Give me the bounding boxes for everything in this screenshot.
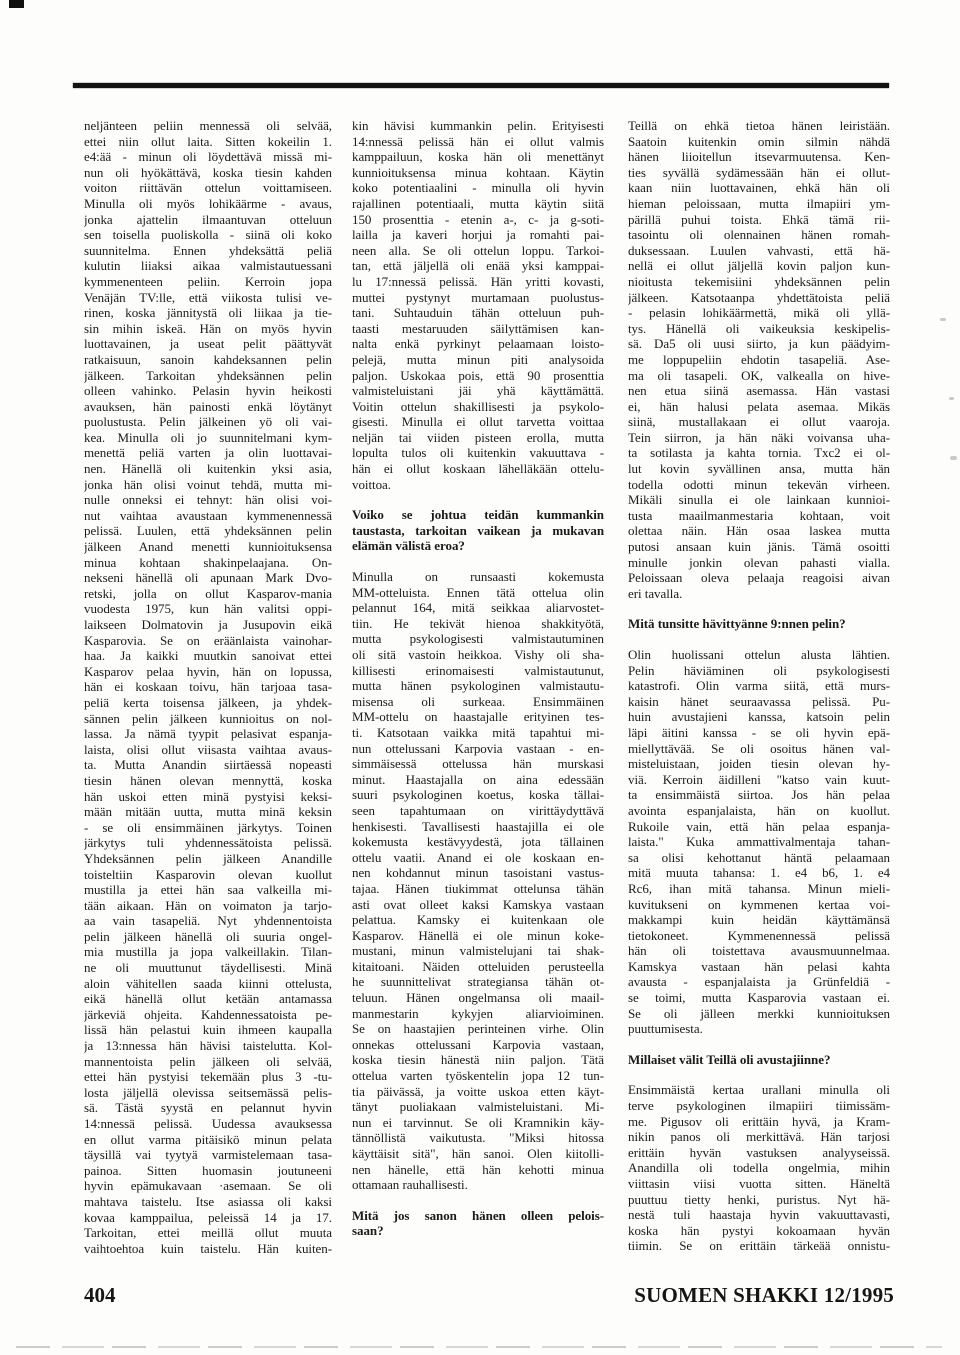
text-line: hän ei ollut koskaan lähelläkään ottelu- — [352, 461, 604, 477]
question-heading: Millaiset välit Teillä oli avustajiinne? — [628, 1052, 890, 1068]
text-line: menettä peliä varten ja olin luottavai- — [84, 445, 332, 461]
text-line: koska tiesin hänestä niin paljon. Tätä — [352, 1052, 604, 1068]
text-line: jälkeen. Katsotaanpa yhdettätoista peliä — [628, 290, 890, 306]
text-line: hyvin epämukavaan ·asemaan. Se oli — [84, 1178, 332, 1194]
text-line: pelattua. Kamsky ei kuitenkaan ole — [352, 912, 604, 928]
text-line: makkampi kuin heidän käyttämänsä — [628, 912, 890, 928]
text-line: muttei pystynyt murtamaan puolustus- — [352, 290, 604, 306]
text-line: he suunnittelivat strategiansa tähän ot- — [352, 974, 604, 990]
text-line: Tein siirron, ja hän näki voivansa uha- — [628, 430, 890, 446]
text-line: avointa espanjalaista, hän on kuollut. — [628, 803, 890, 819]
question-heading: Voiko se johtua teidän kummankintaustast… — [352, 507, 604, 554]
text-line: lu 17:nnessä pelissä. Hän yritti kovasti… — [352, 274, 604, 290]
text-line: kunnioituksensa minua kohtaan. Käytin — [352, 165, 604, 181]
text-line: - se oli ensimmäinen järkytys. Toinen — [84, 820, 332, 836]
text-line: Kasparov. Hänellä ei ole minun koke- — [352, 928, 604, 944]
text-line: Millaiset välit Teillä oli avustajiinne? — [628, 1052, 890, 1068]
text-line: hän uskoi etten minä pystyisi keksi- — [84, 789, 332, 805]
text-line: viä. Kerroin äidilleni "katso vain kuut- — [628, 772, 890, 788]
text-line: lailla ja kaveri horjui ja romahti pai- — [352, 227, 604, 243]
text-line: MM-otteluista. Ennen tätä ottelua olin — [352, 585, 604, 601]
text-line: peliä kerta toisensa jälkeen, ja yhdek- — [84, 695, 332, 711]
page-footer: 404 SUOMEN SHAKKI 12/1995 — [84, 1283, 894, 1309]
text-line: laista, olisi ollut viisasta vaihtaa ava… — [84, 742, 332, 758]
text-line: koko potentiaalini - minulla oli hyvin — [352, 180, 604, 196]
text-line: ettei hän pystyisi tekemään plus 3 -tu- — [84, 1069, 332, 1085]
text-line: mahtava taistelu. Itse asiassa oli kaksi — [84, 1194, 332, 1210]
text-line: elämän välistä eroa? — [352, 538, 604, 554]
text-line: tiimin. Se on erittäin tärkeää onnistu- — [628, 1238, 890, 1254]
text-line: kin hävisi kummankin pelin. Erityisesti — [352, 118, 604, 134]
text-line: Kamskya vastaan hän pelasi kahta — [628, 959, 890, 975]
text-line: mutta hänen psykologinen valmistautu- — [352, 678, 604, 694]
text-line: sin mihin iskeä. Hän on myös hyvin — [84, 321, 332, 337]
text-line: hänen liioitellun itsevarmuutensa. Ken- — [628, 149, 890, 165]
text-line: neljän tai viiden pisteen erolla, mutta — [352, 430, 604, 446]
text-line: tajaa. Hänen tiukimmat ottelunsa tähän — [352, 881, 604, 897]
text-line: puuttuu tietty henki, puristus. Nyt hä- — [628, 1192, 890, 1208]
text-line: putosi ansaan kuin jänis. Tämä osoitti — [628, 539, 890, 555]
text-line: nut vaihtaa avaustaan kymmenennessä — [84, 508, 332, 524]
text-line: minut. Haastajalla on aina edessään — [352, 772, 604, 788]
text-line: taustasta, tarkoitan vaikean ja mukavan — [352, 523, 604, 539]
text-line: ta sotilasta ja kahta tornia. Txc2 ei ol… — [628, 445, 890, 461]
text-line: aloin vähitellen saada kiinni ottelusta, — [84, 976, 332, 992]
text-line: kulutin liiaksi aikaa valmistautuessani — [84, 258, 332, 274]
text-line: Voiko se johtua teidän kummankin — [352, 507, 604, 523]
text-line: ratkaisuun, sanoin kahdeksannen pelin — [84, 352, 332, 368]
text-line: Rukoile vain, että hän pelaa espanja- — [628, 819, 890, 835]
text-line: läpi äitini kanssa - se oli hyvin epä- — [628, 725, 890, 741]
text-line: minua kohtaan shakinpelaajana. On- — [84, 555, 332, 571]
text-line: ne oli muuttunut täydellisesti. Minä — [84, 960, 332, 976]
text-line: asti ovat olleet kaksi Kamskya vastaan — [352, 897, 604, 913]
text-line: tusta maailmanmestaria kohtaan, voit — [628, 508, 890, 524]
text-line: kuvitukseni on kymmenen kertaa voi- — [628, 897, 890, 913]
text-line: kaan niin luottavainen, ehkä hän oli — [628, 180, 890, 196]
text-line: seen tapahtumaan on virittäydyttävä — [352, 803, 604, 819]
text-line: lut kovin syvällinen ansa, mutta hän — [628, 461, 890, 477]
text-line: simmäisessä ottelussa hän murskasi — [352, 756, 604, 772]
text-line: taasti mestaruuden säilyttämisen kan- — [352, 321, 604, 337]
text-line: onnekas ottelussani Karpovia vastaan, — [352, 1037, 604, 1053]
text-line: tiin. He tekivät hienoa shakkityötä, — [352, 616, 604, 632]
text-line: pelin jälkeen hänellä oli suuria ongel- — [84, 929, 332, 945]
text-line: nen. Hänellä oli kuitenkin yksi asia, — [84, 461, 332, 477]
text-line: jonka hän olisi voinut tehdä, mutta mi- — [84, 477, 332, 493]
text-line: misteluistaan, joiden tiesin olevan hy- — [628, 756, 890, 772]
text-line: Anandilla oli todella ongelmia, mihin — [628, 1160, 890, 1176]
magazine-title: SUOMEN SHAKKI 12/1995 — [634, 1283, 894, 1308]
scan-corner-mark — [9, 0, 24, 8]
text-line: nioitusta tekemisiini yhdeksännen pelin — [628, 274, 890, 290]
text-line: pelannut 164, mitä seikkaa aliarvostet- — [352, 600, 604, 616]
text-line: laista." Kuka ammattivalmentaja tahan- — [628, 834, 890, 850]
text-line: teluun. Hänen ongelmansa oli maail- — [352, 990, 604, 1006]
text-line: tään aikaan. Hän on voimaton ja tarjo- — [84, 898, 332, 914]
text-line: MM-ottelu on haastajalle erityinen tes- — [352, 709, 604, 725]
text-line: suunnitelma. Ennen yhdeksättä peliä — [84, 243, 332, 259]
text-line: kamppailuun, koska hän oli menettänyt — [352, 149, 604, 165]
text-line: mia mustilla ja jopa valkeillakin. Tilan… — [84, 944, 332, 960]
scan-edge-line — [16, 1346, 942, 1348]
text-line: Kasparovia. Se on eräänlaista vainohar- — [84, 633, 332, 649]
text-line: ma oli tasapeli. OK, valkealla on hive- — [628, 368, 890, 384]
text-line: pelissä. Luulen, että yhdeksännen pelin — [84, 523, 332, 539]
text-line: tys. Hänellä oli vaikeuksia keskipelis- — [628, 321, 890, 337]
text-line: viittasin viisi vuotta sitten. Häneltä — [628, 1176, 890, 1192]
text-line: nestä tuli haastaja hyvin vakuuttavasti, — [628, 1207, 890, 1223]
text-line: sa olisi kehottanut häntä pelaamaan — [628, 850, 890, 866]
text-line: sen toisella puoliskolla - siinä oli kok… — [84, 227, 332, 243]
scan-speck — [950, 456, 957, 460]
text-line: täysillä vai tyytyä varmistelemaan tasa- — [84, 1147, 332, 1163]
text-line: huin avustajieni kanssa, katsoin pelin — [628, 709, 890, 725]
text-line: mustani, minun valmistelujani tai shak- — [352, 943, 604, 959]
text-line: järkytys tuli yhdennessätoista pelissä. — [84, 835, 332, 851]
text-line: voittoa. — [352, 477, 604, 493]
text-line: luottavainen, ja useat pelit päättyvät — [84, 336, 332, 352]
text-line: nun ottelussani Karpovia vastaan - en- — [352, 741, 604, 757]
text-line: tietokoneet. Kymmenennessä pelissä — [628, 928, 890, 944]
paragraph: Ensimmäistä kertaa urallani minulla olit… — [628, 1082, 890, 1254]
text-line: tan, että jäljellä oli enää yksi kamppai… — [352, 258, 604, 274]
paragraph: Olin huolissani ottelun alusta lähtien.P… — [628, 647, 890, 1037]
text-line: nen kohdannut minun tasoistani vastus- — [352, 865, 604, 881]
text-line: 14:nnessä pelissä hän ei ollut valmis — [352, 134, 604, 150]
text-line: kymmenenteen peliin. Kerroin jopa — [84, 274, 332, 290]
text-line: 150 prosenttia - etenin a-, c- ja g-soti… — [352, 212, 604, 228]
text-line: ottelua varten työskentelin jopa 12 tun- — [352, 1068, 604, 1084]
text-line: sä. Da5 oli uusi siirto, ja kun päädyim- — [628, 336, 890, 352]
text-line: tännöllistä vaikutusta. "Miksi hitossa — [352, 1130, 604, 1146]
text-line: kaisin hänet seuraavassa pelissä. Pu- — [628, 694, 890, 710]
text-line: duksessaan. Luulen vahvasti, että hä- — [628, 243, 890, 259]
header-rule — [73, 83, 889, 88]
text-line: nikin panos oli merkittävä. Hän tarjosi — [628, 1129, 890, 1145]
text-line: tia päivässä, ja voitte uskoa etten käyt… — [352, 1084, 604, 1100]
text-line: miellyttävää. Se oli osoitus hänen val- — [628, 741, 890, 757]
text-line: pelejä, mutta minun piti analysoida — [352, 352, 604, 368]
text-line: nekseni hänellä oli apunaan Mark Dvo- — [84, 570, 332, 586]
scan-speck — [940, 318, 946, 321]
paragraph: neljänteen peliin mennessä oli selvää,et… — [84, 118, 332, 1256]
text-line: Pelin häviäminen oli psykologisesti — [628, 663, 890, 679]
text-column-middle: kin hävisi kummankin pelin. Erityisesti1… — [352, 118, 604, 1254]
text-line: mitä muuta tahansa: 1. e4 b6, 1. e4 — [628, 865, 890, 881]
text-line: nalta enkä pyrkinyt pelaamaan loisto- — [352, 336, 604, 352]
text-line: jonka ajattelin ilmaantuvan otteluun — [84, 212, 332, 228]
text-line: nun ei tarvinnut. Se oli Kramnikin käy- — [352, 1115, 604, 1131]
text-line: kitaitoani. Näiden otteluiden perusteell… — [352, 959, 604, 975]
text-line: hän ei koskaan toivu, hän tarjoaa tasa- — [84, 679, 332, 695]
text-line: Mitä jos sanon hänen olleen pelois- — [352, 1208, 604, 1224]
text-line: kovaa kamppailua, peleissä 14 ja 17. — [84, 1210, 332, 1226]
text-line: Se on haastajien perinteinen virhe. Olin — [352, 1021, 604, 1037]
text-line: kea. Minulla oli jo suunnitelmani kym- — [84, 430, 332, 446]
text-line: 14:nnessä pelissä. Uudessa avauksessa — [84, 1116, 332, 1132]
text-line: ettei niin ollut laita. Sitten kokeilin … — [84, 134, 332, 150]
text-line: käyttäisit sitä", hän sanoi. Olen kiitol… — [352, 1146, 604, 1162]
text-line: sä. Tästä syystä en pelannut hyvin — [84, 1100, 332, 1116]
text-line: mustilla ja ettei hän saa valkeilla mi- — [84, 882, 332, 898]
text-line: Minulla oli myös lohikäärme - avaus, — [84, 196, 332, 212]
text-line: nulle onneksi ei tehnyt: hän olisi voi- — [84, 492, 332, 508]
text-line: oli sitä vastoin heikkoa. Vishy oli sha- — [352, 647, 604, 663]
text-line: suuri psykologinen koetus, koska tällai- — [352, 787, 604, 803]
text-line: tiesin hänen olevan mennyttä, koska — [84, 773, 332, 789]
text-line: se toimi, mutta Kasparovia vastaan ei. — [628, 990, 890, 1006]
text-line: aa vain tasapeliä. Nyt yhdennentoista — [84, 913, 332, 929]
text-line: Kasparov pelaa hyvin, hän on lopussa, — [84, 664, 332, 680]
text-line: tani. Suhtauduin tähän otteluun puh- — [352, 305, 604, 321]
text-line: sännen pelin jälkeen kunnioitus on nol- — [84, 711, 332, 727]
text-line: retski, jolla on ollut Kasparov-mania — [84, 586, 332, 602]
text-line: pärillä puhui toista. Ehkä tämä rii- — [628, 212, 890, 228]
text-line: ties syvällä sydämessään hän ei ollut- — [628, 165, 890, 181]
text-line: tänyt puoliakaan valmisteluistani. Mi- — [352, 1099, 604, 1115]
text-line: Peloissaan oleva pelaaja reagoisi aivan — [628, 570, 890, 586]
text-line: Se oli jälleen merkki kunnioituksen — [628, 1006, 890, 1022]
text-line: misensa oli surkeaa. Ensimmäinen — [352, 694, 604, 710]
text-line: Tarkoitan, ettei meillä ollut muuta — [84, 1225, 332, 1241]
text-line: Yhdeksännen pelin jälkeen Anandille — [84, 851, 332, 867]
text-line: Rc6, ihan mitä tahansa. Minun mieli- — [628, 881, 890, 897]
text-line: valmisteluistani jäi yhä käyttämättä. — [352, 383, 604, 399]
text-line: jälkeen. Tarkoitan yhdeksännen pelin — [84, 368, 332, 384]
text-line: ei, hän halusi pelata asemaa. Mikäs — [628, 399, 890, 415]
text-line: lissä hän pelastui kuin ihmeen kaupalla — [84, 1022, 332, 1038]
text-line: jälkeen Anand menetti kunnioituksensa — [84, 539, 332, 555]
text-line: tasointu oli olennainen hänen romah- — [628, 227, 890, 243]
text-line: vuodesta 1975, kun hän valitsi oppi- — [84, 601, 332, 617]
text-line: puolustusta. Pelin jälkeinen yö oli vai- — [84, 414, 332, 430]
text-line: manmestarin kykyjen aliarvioiminen. — [352, 1006, 604, 1022]
text-line: mutta psykologisesti valmistautuminen — [352, 631, 604, 647]
text-line: voiton riittävän ottelun voittamiseen. — [84, 180, 332, 196]
text-line: siinä, mustallakaan ei ollut vaaroja. — [628, 414, 890, 430]
text-line: Mikäli sinulla ei ole lainkaan kunnioi- — [628, 492, 890, 508]
text-line: ottamaan rauhallisesti. — [352, 1177, 604, 1193]
text-line: me loppupeliin ehdotin tasapeliä. Ase- — [628, 352, 890, 368]
text-line: Saatoin kuitenkin omin silmin nähdä — [628, 134, 890, 150]
text-line: Mitä tunsitte hävittyänne 9:nnen pelin? — [628, 616, 890, 632]
text-line: ta ensimmäistä siirtoa. Jos hän pelaa — [628, 787, 890, 803]
text-line: ti. Katsotaan vaikka mitä tapahtui mi- — [352, 725, 604, 741]
text-line: me. Pigusov oli erittäin hyvä, ja Kram- — [628, 1114, 890, 1130]
text-column-right: Teillä on ehkä tietoa hänen leiristään.S… — [628, 118, 890, 1254]
text-line: rajallinen potentiaali, mutta käytin sii… — [352, 196, 604, 212]
text-line: mannentoista pelin jälkeen oli selvää, — [84, 1054, 332, 1070]
paragraph: Minulla on runsaasti kokemustaMM-ottelui… — [352, 569, 604, 1193]
text-line: losta jäljellä olevissa seitsemässä peli… — [84, 1085, 332, 1101]
text-line: katastrofi. Olin varma siitä, että murs- — [628, 678, 890, 694]
text-line: hieman peloissaan, mutta ilmapiiri ym- — [628, 196, 890, 212]
text-line: ottelu vaatii. Anand ei ole koskaan en- — [352, 850, 604, 866]
text-line: Minulla on runsaasti kokemusta — [352, 569, 604, 585]
text-line: killisesti erinomaisesti valmistautunut, — [352, 663, 604, 679]
text-line: en ollut varma pitäisikö minun pelata — [84, 1132, 332, 1148]
text-line: erittäin hyvän vastuksen analyyseissä. — [628, 1145, 890, 1161]
scan-speck — [949, 397, 954, 400]
text-line: nun oli hyökättävä, koska tiesin kahden — [84, 165, 332, 181]
text-line: todella odotti minun tekevän virheen. — [628, 477, 890, 493]
text-line: olettaa näin. Hän osaa laskea mutta — [628, 523, 890, 539]
paragraph: Teillä on ehkä tietoa hänen leiristään.S… — [628, 118, 890, 601]
text-line: henkisesti. Tavallisesti haastajilla ei … — [352, 819, 604, 835]
text-line: paljon. Uskokaa pois, että 90 prosenttia — [352, 368, 604, 384]
text-line: toisteltiin Kasparovin olevan kuollut — [84, 867, 332, 883]
text-line: puuttumisesta. — [628, 1021, 890, 1037]
text-line: minulle jonkin olevan pahasti vialla. — [628, 555, 890, 571]
text-line: nen hänelle, että hän kehotti minua — [352, 1162, 604, 1178]
text-line: neen alla. Se oli ottelun loppu. Tarkoi- — [352, 243, 604, 259]
text-line: painoa. Sitten huomasin joutuneeni — [84, 1163, 332, 1179]
text-line: mään mitään uutta, mutta minä keksin — [84, 804, 332, 820]
text-line: Olin huolissani ottelun alusta lähtien. — [628, 647, 890, 663]
text-line: Venäjän TV:lle, että viikosta tulisi ve- — [84, 290, 332, 306]
text-line: olleen vahinko. Pelasin hyvin heikosti — [84, 383, 332, 399]
text-line: terve psykologinen ilmapiiri tiimissäm- — [628, 1098, 890, 1114]
text-line: gisesti. Minulla ei ollut tarvetta voitt… — [352, 414, 604, 430]
text-line: lassa. Ja nämä tyypit pelasivat espanja- — [84, 726, 332, 742]
text-line: ta. Mutta Anandin siirtäessä nopeasti — [84, 757, 332, 773]
question-heading: Mitä jos sanon hänen olleen pelois-saan? — [352, 1208, 604, 1239]
text-line: kokemusta kestävyydestä, jota tällainen — [352, 834, 604, 850]
text-line: saan? — [352, 1223, 604, 1239]
text-line: lopulta tulos oli kuitenkin vakuuttava - — [352, 445, 604, 461]
text-line: - pelasin lohikäärmettä, mikä oli yllä- — [628, 305, 890, 321]
text-column-left: neljänteen peliin mennessä oli selvää,et… — [84, 118, 332, 1256]
text-line: Ensimmäistä kertaa urallani minulla oli — [628, 1082, 890, 1098]
text-line: nellä ei ollut jäljellä kovin paljon kun… — [628, 258, 890, 274]
text-line: eri tavalla. — [628, 586, 890, 602]
text-line: haa. Ja kaikki muutkin sanoivat ettei — [84, 648, 332, 664]
text-line: ja 13:nnessa hän hävisi taistelutta. Kol… — [84, 1038, 332, 1054]
text-line: rinen, koska jännitystä oli liikaa ja ti… — [84, 305, 332, 321]
page-number: 404 — [84, 1283, 116, 1308]
text-line: nen etua siinä asemassa. Hän vastasi — [628, 383, 890, 399]
text-line: hän oli toistettava avausmuunnelmaa. — [628, 943, 890, 959]
text-line: järkeviä ohjeita. Kahdennessatoista pe- — [84, 1007, 332, 1023]
text-line: laikseen Dolmatovin ja Jusupovin eikä — [84, 617, 332, 633]
text-line: neljänteen peliin mennessä oli selvää, — [84, 118, 332, 134]
text-line: eikä hänellä ollut ketään antamassa — [84, 991, 332, 1007]
text-line: koska hän pystyi kokoamaan hyvän — [628, 1223, 890, 1239]
text-line: Voitin ottelun shakillisesti ja psykolo- — [352, 399, 604, 415]
text-line: avauksen, hän painosti enkä löytänyt — [84, 399, 332, 415]
paragraph: kin hävisi kummankin pelin. Erityisesti1… — [352, 118, 604, 492]
text-line: vaihtoehtoa kuin taistelu. Hän kuiten- — [84, 1241, 332, 1257]
text-line: e4:ää - minun oli löydettävä missä mi- — [84, 149, 332, 165]
text-line: avausta - espanjalaista ja Grünfeldiä - — [628, 974, 890, 990]
question-heading: Mitä tunsitte hävittyänne 9:nnen pelin? — [628, 616, 890, 632]
text-line: Teillä on ehkä tietoa hänen leiristään. — [628, 118, 890, 134]
